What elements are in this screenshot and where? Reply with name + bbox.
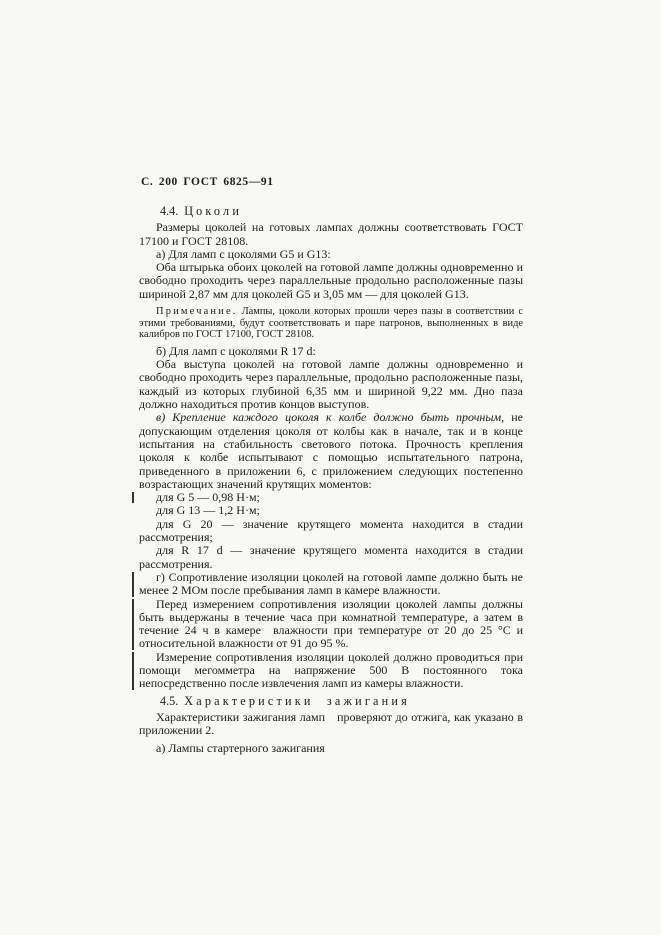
paragraph: а) Лампы стартерного зажигания (139, 742, 523, 755)
revision-bar (132, 492, 134, 503)
text-run: для G 20 — значение крутящего момента на… (139, 517, 523, 544)
revision-bar (132, 599, 134, 650)
list-item: для G 13 — 1,2 Н·м; (139, 504, 523, 517)
paragraph: Оба штырька обоих цоколей на готовой лам… (139, 261, 523, 301)
text-run: для R 17 d — значение крутящего момента … (139, 543, 523, 570)
list-item: для G 5 — 0,98 Н·м; (139, 491, 523, 504)
revision-bar (132, 572, 134, 597)
section-4-5-heading: 4.5.Характеристики зажигания (139, 695, 523, 708)
text-run: Оба штырька обоих цоколей на готовой лам… (139, 260, 523, 301)
paragraph: Характеристики зажигания ламп проверяют … (139, 711, 523, 738)
text-run: Измерение сопротивления изоляции цоколей… (139, 650, 523, 691)
text-run: б) Для ламп с цоколями R 17 d: (156, 344, 316, 358)
text-run: для G 5 — 0,98 Н·м; (156, 490, 260, 504)
paragraph: а) Для ламп с цоколями G5 и G13: (139, 248, 523, 261)
text-run: Оба выступа цоколей на готовой лампе дол… (139, 357, 523, 411)
paragraph: в) Крепление каждого цоколя к колбе долж… (139, 411, 523, 491)
text-run: Характеристики зажигания ламп проверяют … (139, 710, 523, 737)
text-column: 4.4.ЦоколиРазмеры цоколей на готовых лам… (139, 201, 523, 756)
heading-title: Характеристики зажигания (184, 694, 410, 708)
heading-number: 4.4. (160, 204, 178, 218)
paragraph: для R 17 d — значение крутящего момента … (139, 544, 523, 571)
text-run: а) Для ламп с цоколями G5 и G13: (156, 247, 331, 261)
text-run: Примечание. (156, 306, 238, 317)
paragraph: б) Для ламп с цоколями R 17 d: (139, 345, 523, 358)
revision-bar (132, 652, 134, 690)
paragraph: Перед измерением сопротивления изоляции … (139, 598, 523, 651)
heading-title: Цоколи (184, 204, 242, 218)
page-header: С. 200 ГОСТ 6825—91 (141, 176, 274, 188)
heading-number: 4.5. (160, 694, 178, 708)
text-run: а) Лампы стартерного зажигания (156, 741, 325, 755)
document-page: С. 200 ГОСТ 6825—91 4.4.ЦоколиРазмеры цо… (0, 0, 661, 935)
text-run: г) Сопротивление изоляции цоколей на гот… (139, 570, 523, 597)
note: Примечание. Лампы, цоколи которых прошли… (139, 306, 523, 341)
text-run: Размеры цоколей на готовых лампах должны… (139, 220, 523, 247)
text-run: для G 13 — 1,2 Н·м; (156, 503, 260, 517)
text-run: в) Крепление каждого цоколя к колбе долж… (156, 410, 504, 424)
text-run: Перед измерением сопротивления изоляции … (139, 597, 523, 651)
paragraph: Оба выступа цоколей на готовой лампе дол… (139, 358, 523, 411)
paragraph: г) Сопротивление изоляции цоколей на гот… (139, 571, 523, 598)
section-4-4-heading: 4.4.Цоколи (139, 205, 523, 218)
paragraph: для G 20 — значение крутящего момента на… (139, 518, 523, 545)
paragraph: Измерение сопротивления изоляции цоколей… (139, 651, 523, 691)
paragraph: Размеры цоколей на готовых лампах должны… (139, 221, 523, 248)
